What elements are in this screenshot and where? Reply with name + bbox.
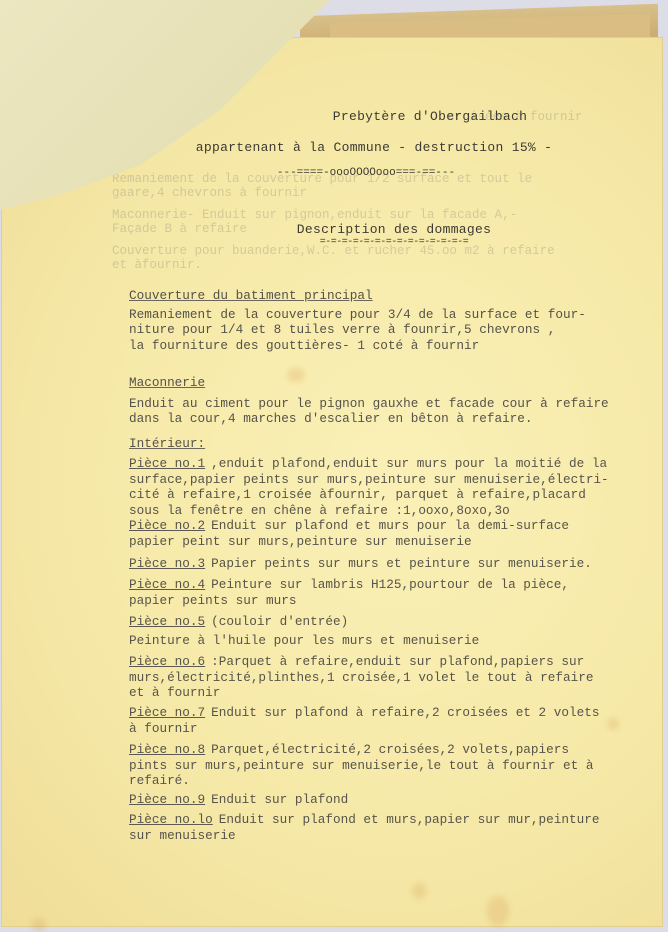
piece-entry: Pièce no.7Enduit sur plafond à refaire,2…	[129, 705, 661, 736]
piece-label: Pièce no.1	[129, 456, 205, 471]
section-text: Enduit au ciment pour le pignon gauxhe e…	[129, 396, 659, 427]
piece-label: Pièce no.4	[129, 577, 205, 592]
section-couverture: Couverture du batiment principal Remanie…	[129, 288, 659, 353]
piece-entry: Pièce no.6:Parquet à refaire,enduit sur …	[129, 654, 661, 701]
piece-entry: Pièce no.9Enduit sur plafond	[129, 792, 661, 808]
piece-entry: Pièce no.loEnduit sur plafond et murs,pa…	[129, 812, 661, 843]
piece-label: Pièce no.5	[129, 614, 205, 629]
section-heading: Couverture du batiment principal	[129, 288, 659, 304]
section-interieur: Intérieur:	[129, 436, 659, 452]
piece-entry: Pièce no.4Peinture sur lambris H125,pour…	[129, 577, 661, 608]
section-heading: Intérieur:	[129, 436, 659, 452]
piece-label: Pièce no.8	[129, 742, 205, 757]
piece-entry: Pièce no.3Papier peints sur murs et pein…	[129, 556, 661, 572]
section-maconnerie: Maconnerie Enduit au ciment pour le pign…	[129, 375, 659, 427]
section-text: Remaniement de la couverture pour 3/4 de…	[129, 307, 659, 354]
description-underline: =-=-=-=-=-=-=-=-=-=-=-=-=-=	[60, 237, 668, 248]
piece-text: Enduit sur plafond	[211, 792, 348, 807]
piece-label: Pièce no.3	[129, 556, 205, 571]
piece-label: Pièce no.6	[129, 654, 205, 669]
piece-label: Pièce no.lo	[129, 812, 213, 827]
piece-entry: Pièce no.5(couloir d'entrée) Peinture à …	[129, 612, 661, 650]
piece-label: Pièce no.9	[129, 792, 205, 807]
section-heading: Maconnerie	[129, 375, 659, 391]
piece-label: Pièce no.2	[129, 518, 205, 533]
piece-entry: Pièce no.1,enduit plafond,enduit sur mur…	[129, 456, 661, 518]
description-title: Description des dommages	[60, 222, 668, 237]
piece-entry: Pièce no.8Parquet,électricité,2 croisées…	[129, 742, 661, 789]
piece-text: Papier peints sur murs et peinture sur m…	[211, 556, 592, 571]
piece-label: Pièce no.7	[129, 705, 205, 720]
piece-entry: Pièce no.2Enduit sur plafond et murs pou…	[129, 518, 661, 549]
